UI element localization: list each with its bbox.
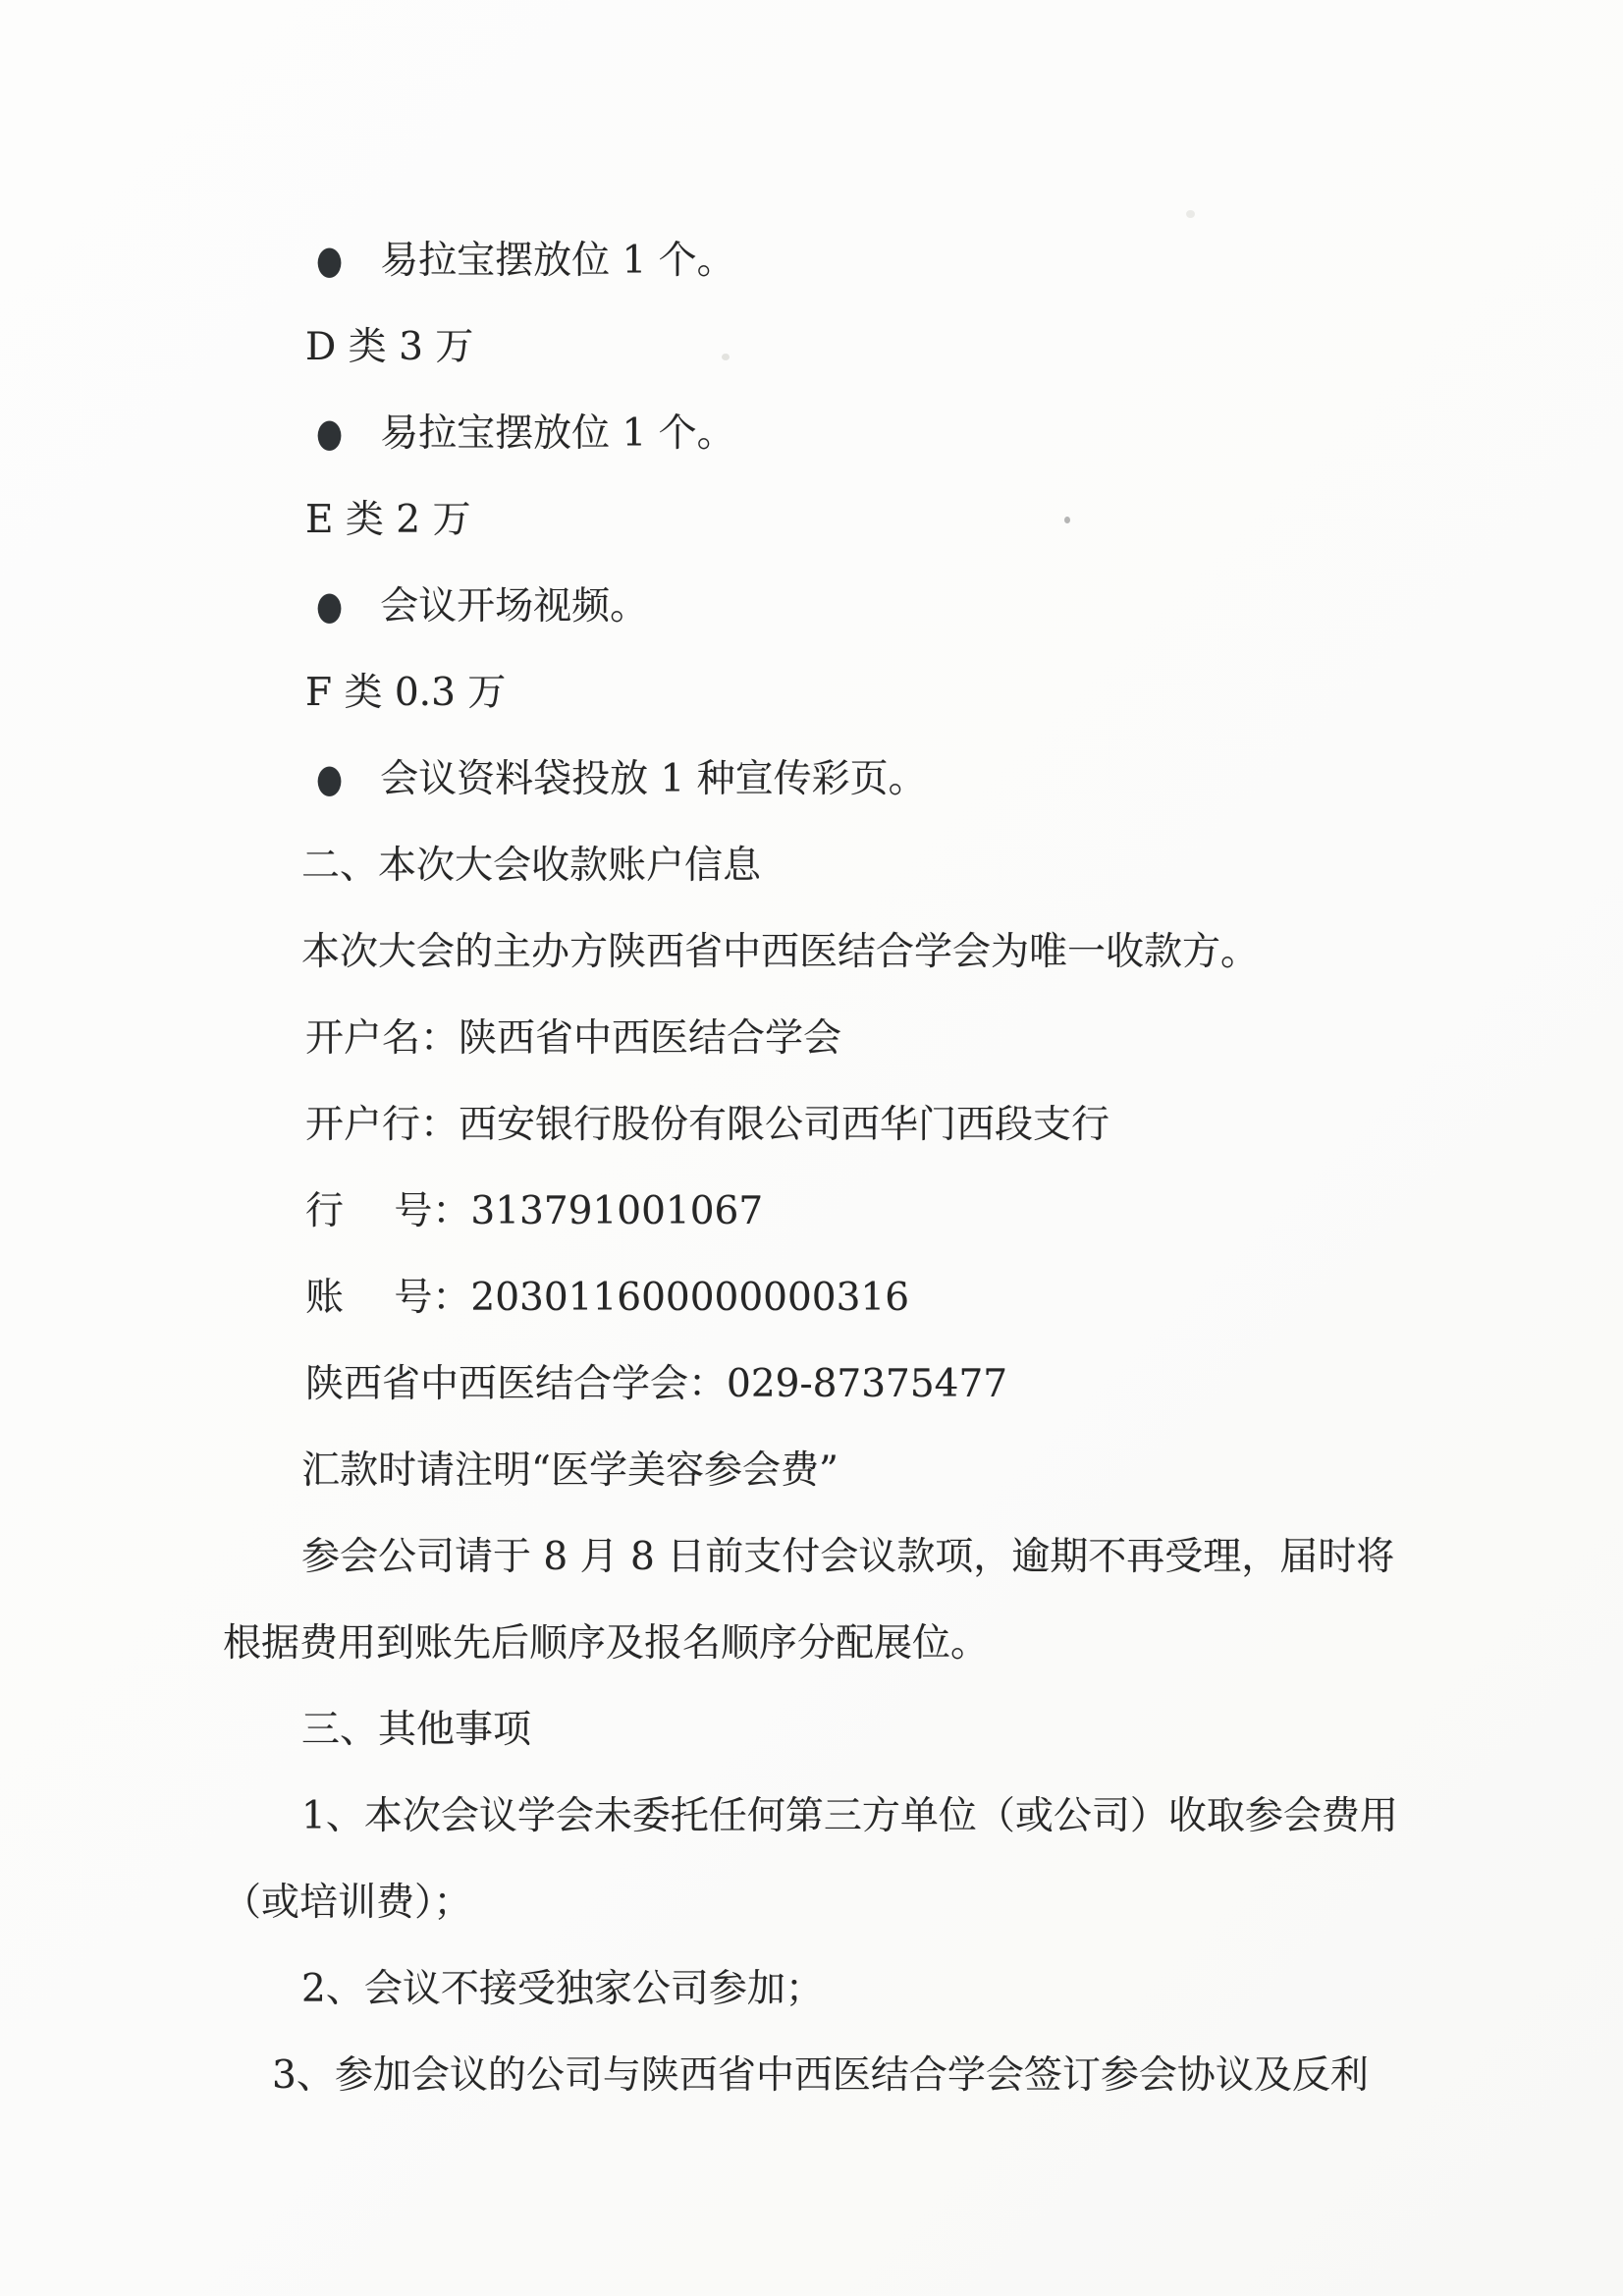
- line-text: 参会公司请于 8 月 8 日前支付会议款项，逾期不再受理，届时将: [301, 1535, 1394, 1579]
- scan-speck: [1064, 517, 1070, 523]
- line-text: 易拉宝摆放位 1 个。: [380, 411, 735, 456]
- text-line: ●易拉宝摆放位 1 个。: [223, 391, 1460, 477]
- text-line: ●会议资料袋投放 1 种宣传彩页。: [223, 737, 1460, 823]
- line-text: 二、本次大会收款账户信息: [301, 844, 761, 888]
- line-text: D 类 3 万: [305, 325, 473, 369]
- bullet-icon: ●: [316, 378, 343, 489]
- line-text: 会议开场视频。: [380, 584, 648, 629]
- text-line: （或培训费）；: [223, 1860, 1460, 1946]
- bullet-icon: ●: [316, 551, 343, 662]
- text-line: 账 号：203011600000000316: [223, 1255, 1460, 1341]
- line-text: 汇款时请注明“医学美容参会费”: [301, 1449, 839, 1493]
- line-text: 陕西省中西医结合学会：029-87375477: [305, 1362, 1007, 1406]
- text-line: 开户名：陕西省中西医结合学会: [223, 996, 1460, 1082]
- text-line: 2、会议不接受独家公司参加；: [223, 1946, 1460, 2033]
- line-text: 2、会议不接受独家公司参加；: [301, 1967, 824, 2011]
- line-text: 会议资料袋投放 1 种宣传彩页。: [380, 757, 927, 801]
- scan-speck: [722, 354, 730, 360]
- text-line: 本次大会的主办方陕西省中西医结合学会为唯一收款方。: [223, 909, 1460, 996]
- scanned-document-page: ●易拉宝摆放位 1 个。D 类 3 万●易拉宝摆放位 1 个。E 类 2 万●会…: [0, 0, 1623, 2296]
- text-line: 汇款时请注明“医学美容参会费”: [223, 1428, 1460, 1514]
- line-text: 易拉宝摆放位 1 个。: [380, 239, 735, 283]
- text-line: 行 号：313791001067: [223, 1169, 1460, 1255]
- line-text: 根据费用到账先后顺序及报名顺序分配展位。: [223, 1621, 989, 1666]
- text-line: 3、参加会议的公司与陕西省中西医结合学会签订参会协议及反利: [223, 2033, 1460, 2119]
- line-text: 开户行：西安银行股份有限公司西华门西段支行: [305, 1103, 1109, 1147]
- line-text: 3、参加会议的公司与陕西省中西医结合学会签订参会协议及反利: [272, 2053, 1369, 2098]
- text-line: 根据费用到账先后顺序及报名顺序分配展位。: [223, 1601, 1460, 1687]
- text-line: D 类 3 万: [223, 304, 1460, 391]
- line-text: 行 号：313791001067: [305, 1189, 763, 1233]
- text-line: ●易拉宝摆放位 1 个。: [223, 218, 1460, 304]
- scan-speck: [1186, 210, 1195, 218]
- line-text: 账 号：203011600000000316: [305, 1276, 909, 1320]
- text-line: F 类 0.3 万: [223, 650, 1460, 737]
- text-line: 开户行：西安银行股份有限公司西华门西段支行: [223, 1082, 1460, 1169]
- text-line: 三、其他事项: [223, 1687, 1460, 1774]
- text-line: 参会公司请于 8 月 8 日前支付会议款项，逾期不再受理，届时将: [223, 1514, 1460, 1601]
- line-text: （或培训费）；: [223, 1881, 472, 1925]
- bullet-icon: ●: [316, 205, 343, 316]
- line-text: 开户名：陕西省中西医结合学会: [305, 1016, 841, 1061]
- line-text: 1、本次会议学会未委托任何第三方单位（或公司）收取参会费用: [301, 1794, 1398, 1838]
- line-text: E 类 2 万: [305, 498, 470, 542]
- bullet-icon: ●: [316, 724, 343, 835]
- line-text: 本次大会的主办方陕西省中西医结合学会为唯一收款方。: [301, 930, 1259, 974]
- line-text: 三、其他事项: [301, 1708, 531, 1752]
- text-line: ●会议开场视频。: [223, 564, 1460, 650]
- text-line: 陕西省中西医结合学会：029-87375477: [223, 1341, 1460, 1428]
- text-line: E 类 2 万: [223, 477, 1460, 564]
- text-line: 1、本次会议学会未委托任何第三方单位（或公司）收取参会费用: [223, 1774, 1460, 1860]
- document-body: ●易拉宝摆放位 1 个。D 类 3 万●易拉宝摆放位 1 个。E 类 2 万●会…: [223, 218, 1460, 2119]
- line-text: F 类 0.3 万: [305, 671, 506, 715]
- text-line: 二、本次大会收款账户信息: [223, 823, 1460, 909]
